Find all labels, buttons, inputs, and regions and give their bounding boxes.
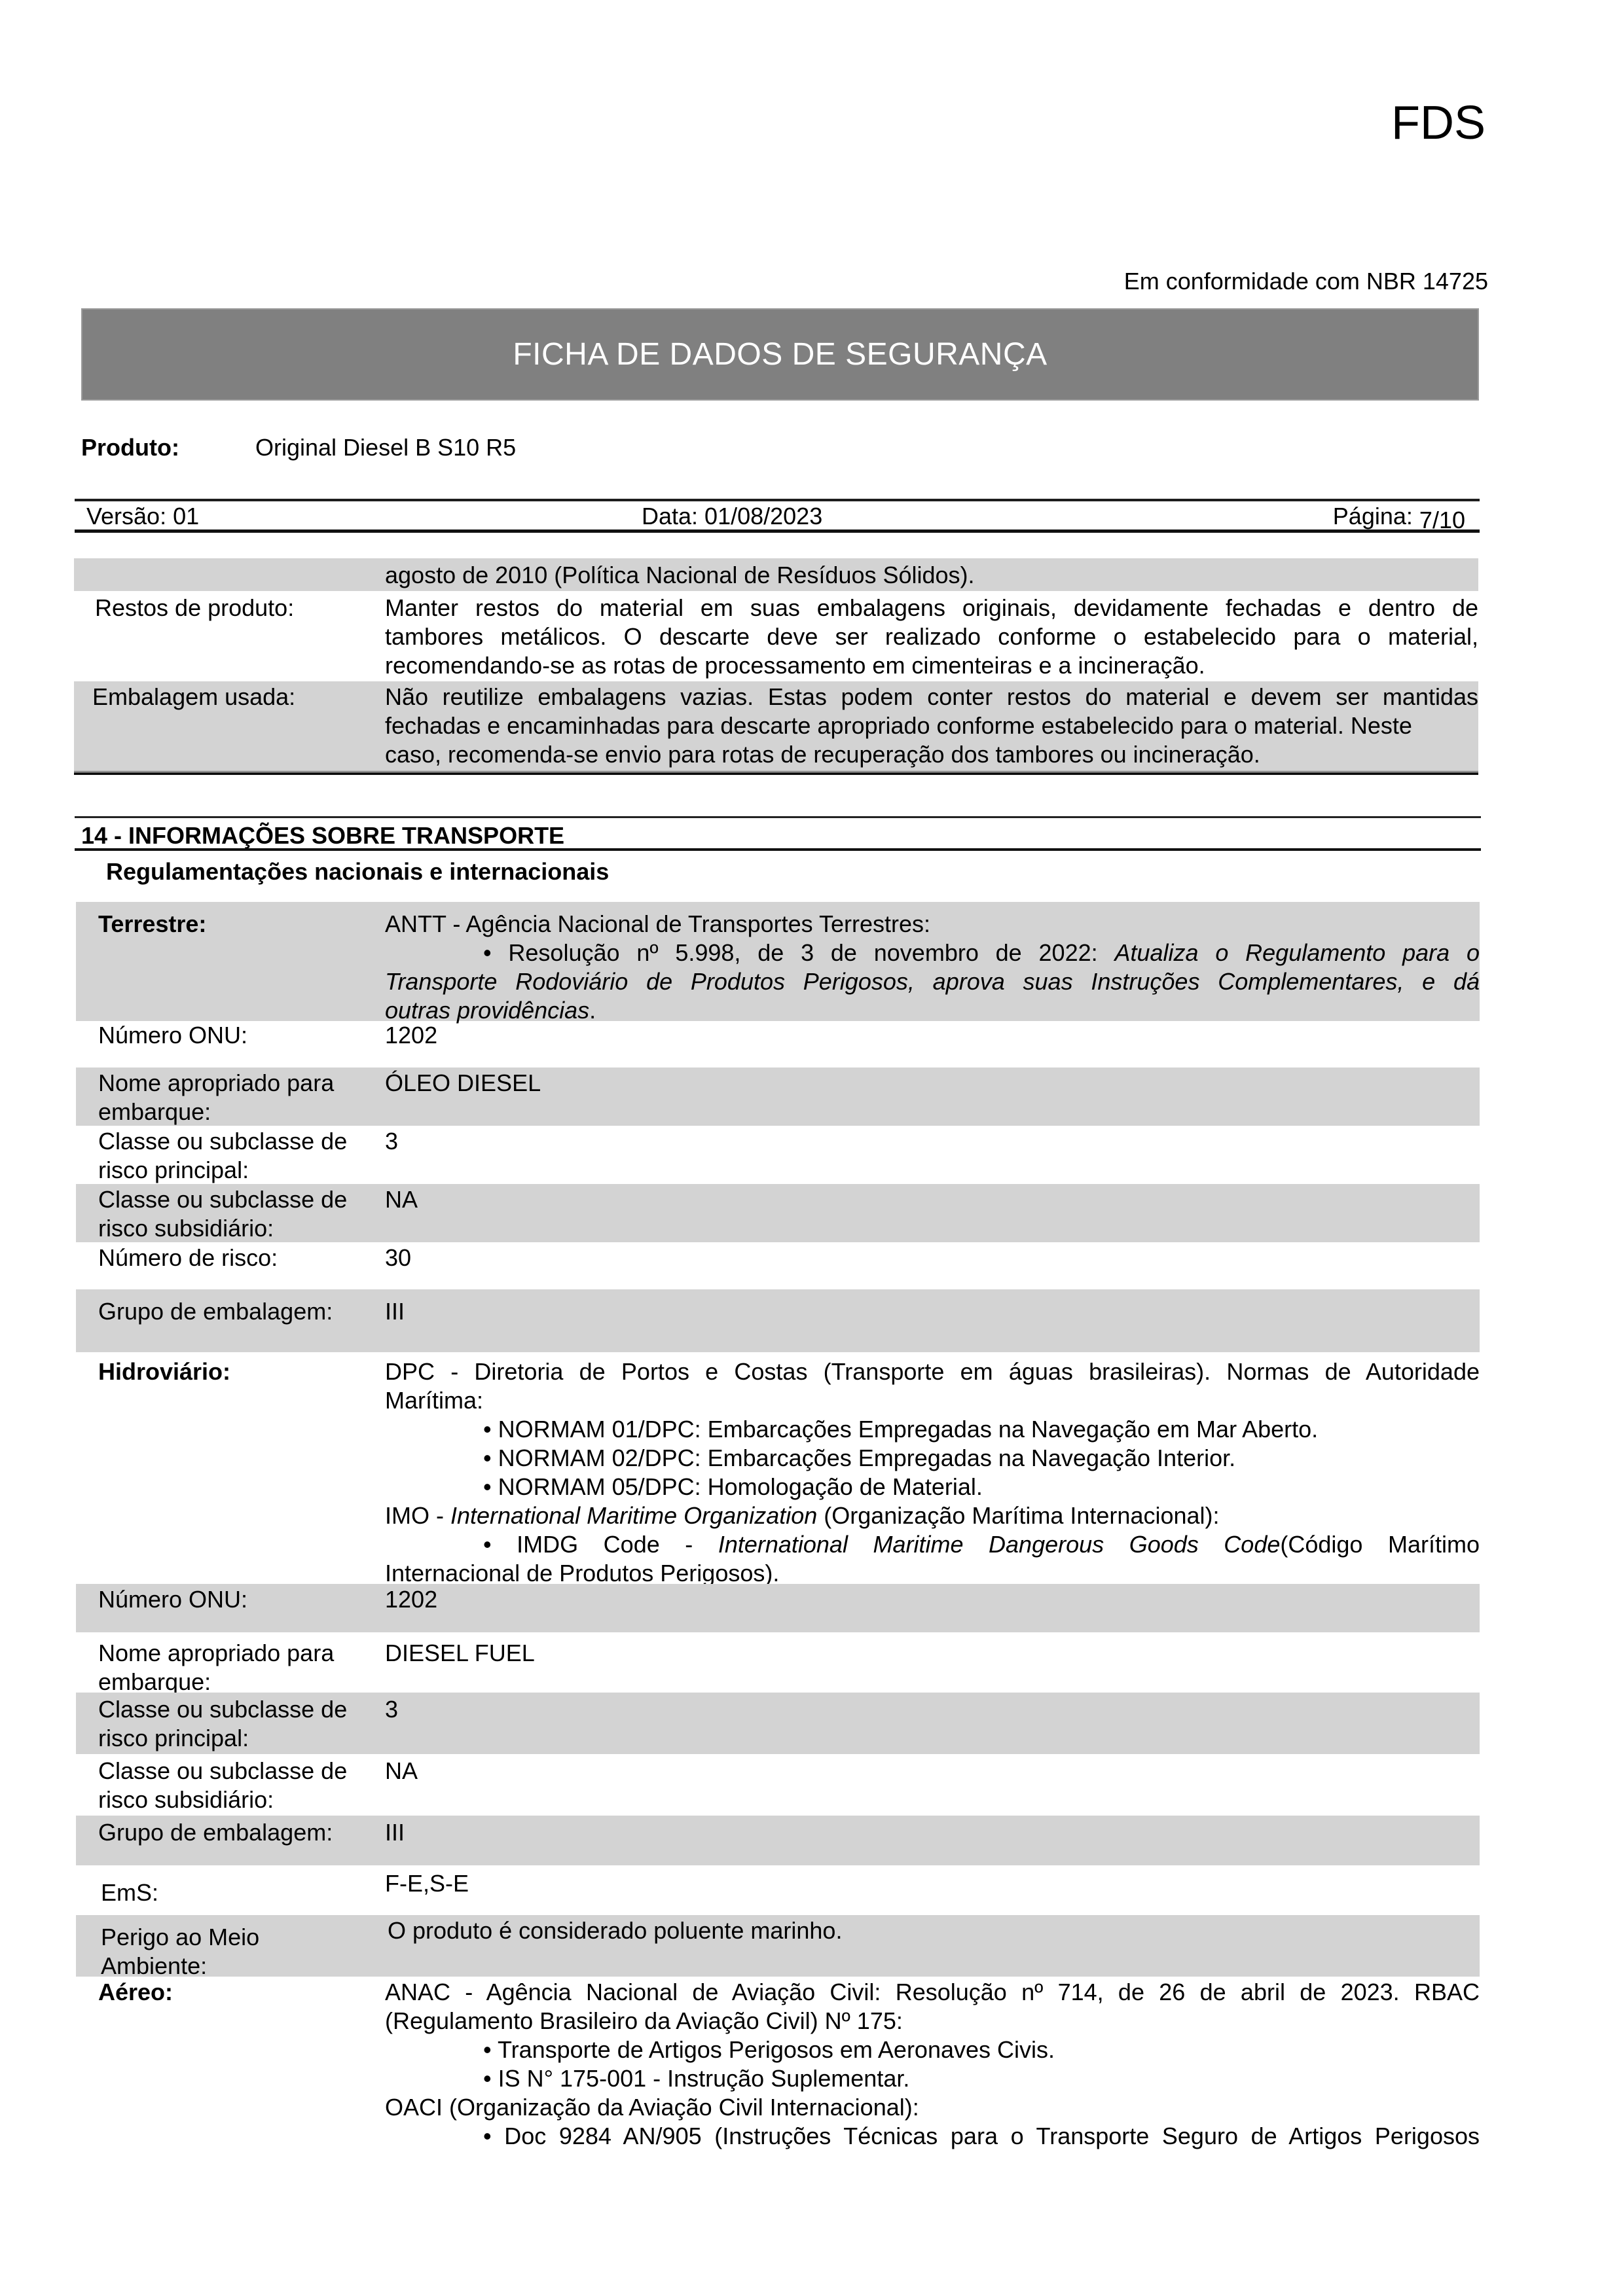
text-line: Transporte Rodoviário de Produtos Perigo… [385, 967, 1480, 996]
row-value: O produto é considerado poluente marinho… [388, 1916, 1480, 1945]
table-row: Número de risco: 30 [76, 1242, 1480, 1289]
table-row: Número ONU: 1202 [76, 1584, 1480, 1632]
row-label: Hidroviário: [98, 1357, 230, 1386]
table-row: Perigo ao Meio Ambiente: O produto é con… [76, 1915, 1480, 1977]
row-label: Número ONU: [98, 1585, 247, 1614]
bullet-line: • IS N° 175-001 - Instrução Suplementar. [385, 2064, 1480, 2093]
row-value: Manter restos do material em suas embala… [385, 594, 1478, 680]
bullet-line: • NORMAM 05/DPC: Homologação de Material… [385, 1473, 1480, 1501]
table-row-terrestre: Terrestre: ANTT - Agência Nacional de Tr… [76, 902, 1480, 1021]
table-row: Classe ou subclasse de risco principal: … [76, 1693, 1480, 1754]
table-row-hidroviario: Hidroviário: DPC - Diretoria de Portos e… [76, 1352, 1480, 1584]
italic-text: International Maritime Dangerous Goods C… [718, 1531, 1281, 1558]
row-value: III [385, 1297, 1480, 1326]
row-label: Grupo de embalagem: [98, 1818, 333, 1847]
text-span: (Código Marítimo [1280, 1531, 1480, 1558]
document-code: FDS [1391, 97, 1486, 149]
conformity-note: Em conformidade com NBR 14725 [1124, 267, 1488, 296]
label-line: Perigo ao Meio [101, 1923, 259, 1952]
text-line: Não reutilize embalagens vazias. Estas p… [385, 683, 1478, 711]
text-line: Manter restos do material em suas embala… [385, 594, 1478, 622]
text-line: IMO - International Maritime Organizatio… [385, 1501, 1480, 1530]
label-line: Classe ou subclasse de [98, 1757, 347, 1785]
text-line: recomendando-se as rotas de processament… [385, 651, 1478, 680]
product-label: Produto: [81, 433, 179, 462]
italic-text: outras providências [385, 997, 589, 1024]
row-label: Classe ou subclasse de risco principal: [98, 1695, 347, 1753]
row-value: agosto de 2010 (Política Nacional de Res… [385, 561, 1478, 590]
row-label: Aéreo: [98, 1978, 173, 2007]
label-line: Classe ou subclasse de [98, 1185, 347, 1214]
label-line: risco subsidiário: [98, 1785, 347, 1814]
bullet-line: • IMDG Code - International Maritime Dan… [385, 1530, 1480, 1559]
table-row: Grupo de embalagem: III [76, 1289, 1480, 1352]
title-banner: FICHA DE DADOS DE SEGURANÇA [81, 308, 1479, 401]
section-rule-bottom [75, 848, 1481, 851]
section-subtitle: Regulamentações nacionais e internaciona… [106, 857, 609, 886]
label-line: Nome apropriado para [98, 1639, 334, 1668]
row-value: 1202 [385, 1585, 1480, 1614]
row-label: Número de risco: [98, 1244, 278, 1272]
row-value: Não reutilize embalagens vazias. Estas p… [385, 683, 1478, 769]
text-line: (Regulamento Brasileiro da Aviação Civil… [385, 2007, 1480, 2036]
row-label: Número ONU: [98, 1021, 247, 1050]
row-label: Grupo de embalagem: [98, 1297, 333, 1326]
row-label: Embalagem usada: [92, 683, 295, 711]
table-row: Nome apropriado para embarque: ÓLEO DIES… [76, 1067, 1480, 1126]
bullet-line: • Resolução nº 5.998, de 3 de novembro d… [385, 939, 1480, 967]
bullet-italic-text: Atualiza o Regulamento para o [1114, 939, 1480, 966]
product-value: Original Diesel B S10 R5 [255, 433, 516, 462]
document-meta-row: Versão: 01 Data: 01/08/2023 Página: 7/10 [75, 499, 1480, 533]
table-bottom-rule [74, 771, 1478, 775]
table-row: Restos de produto: Manter restos do mate… [74, 591, 1478, 681]
text-span: • IMDG Code - [483, 1531, 718, 1558]
text-line: fechadas e encaminhadas para descarte ap… [385, 711, 1478, 740]
bullet-line: • NORMAM 02/DPC: Embarcações Empregadas … [385, 1444, 1480, 1473]
row-label: Terrestre: [98, 910, 206, 939]
table-row: Número ONU: 1202 [76, 1021, 1480, 1067]
bullet-text: • Resolução nº 5.998, de 3 de novembro d… [483, 939, 1114, 966]
row-value: III [385, 1818, 1480, 1847]
banner-title: FICHA DE DADOS DE SEGURANÇA [513, 336, 1047, 372]
row-value: 3 [385, 1695, 1480, 1724]
text-line: Marítima: [385, 1386, 1480, 1415]
row-value: ANAC - Agência Nacional de Aviação Civil… [385, 1978, 1480, 2151]
label-line: risco principal: [98, 1724, 347, 1753]
row-value: NA [385, 1185, 1480, 1214]
text-line: OACI (Organização da Aviação Civil Inter… [385, 2093, 1480, 2122]
label-line: embarque: [98, 1098, 334, 1126]
table-row: Grupo de embalagem: III [76, 1816, 1480, 1865]
row-label: Restos de produto: [95, 594, 294, 622]
page-indicator: Página: 7/10 [1333, 503, 1465, 530]
text-span: IMO - [385, 1502, 450, 1529]
row-label: Classe ou subclasse de risco subsidiário… [98, 1185, 347, 1243]
table-row-aereo: Aéreo: ANAC - Agência Nacional de Aviaçã… [76, 1977, 1480, 2173]
bullet-line: • NORMAM 01/DPC: Embarcações Empregadas … [385, 1415, 1480, 1444]
label-line: Classe ou subclasse de [98, 1127, 347, 1156]
label-line: Nome apropriado para [98, 1069, 334, 1098]
table-row: Classe ou subclasse de risco subsidiário… [76, 1754, 1480, 1816]
bullet-line: • Doc 9284 AN/905 (Instruções Técnicas p… [385, 2122, 1480, 2151]
section-title: 14 - INFORMAÇÕES SOBRE TRANSPORTE [81, 821, 564, 850]
text-line: DPC - Diretoria de Portos e Costas (Tran… [385, 1357, 1480, 1386]
label-line: Classe ou subclasse de [98, 1695, 347, 1724]
table-row: Classe ou subclasse de risco principal: … [76, 1126, 1480, 1184]
transport-table: Terrestre: ANTT - Agência Nacional de Tr… [76, 902, 1480, 2211]
text-line: tambores metálicos. O descarte deve ser … [385, 622, 1478, 651]
label-line: risco principal: [98, 1156, 347, 1185]
row-value: 30 [385, 1244, 1480, 1272]
table-row: agosto de 2010 (Política Nacional de Res… [74, 558, 1478, 591]
table-row: Classe ou subclasse de risco subsidiário… [76, 1184, 1480, 1242]
row-label: EmS: [101, 1878, 158, 1907]
row-label: Nome apropriado para embarque: [98, 1069, 334, 1126]
row-label: Nome apropriado para embarque: [98, 1639, 334, 1696]
row-value: DPC - Diretoria de Portos e Costas (Tran… [385, 1357, 1480, 1588]
row-label: Classe ou subclasse de risco subsidiário… [98, 1757, 347, 1814]
table-row: EmS: F-E,S-E [76, 1865, 1480, 1915]
version-text: Versão: 01 [86, 503, 199, 530]
row-value: ÓLEO DIESEL [385, 1069, 1480, 1098]
text-end: . [589, 997, 596, 1024]
row-value: 3 [385, 1127, 1480, 1156]
page-number: 7/10 [1419, 507, 1465, 533]
row-label: Perigo ao Meio Ambiente: [101, 1923, 259, 1981]
row-value: NA [385, 1757, 1480, 1785]
table-row: Nome apropriado para embarque: DIESEL FU… [76, 1632, 1480, 1693]
text-line: caso, recomenda-se envio para rotas de r… [385, 740, 1478, 769]
row-value: F-E,S-E [385, 1869, 1480, 1898]
disposal-table: agosto de 2010 (Política Nacional de Res… [74, 558, 1478, 774]
row-label: Classe ou subclasse de risco principal: [98, 1127, 347, 1185]
table-row: Embalagem usada: Não reutilize embalagen… [74, 681, 1478, 771]
italic-text: International Maritime Organization [450, 1502, 817, 1529]
text-line: ANAC - Agência Nacional de Aviação Civil… [385, 1978, 1480, 2007]
row-value: ANTT - Agência Nacional de Transportes T… [385, 910, 1480, 1025]
bullet-line: • Transporte de Artigos Perigosos em Aer… [385, 2036, 1480, 2064]
row-value: DIESEL FUEL [385, 1639, 1480, 1668]
row-value: 1202 [385, 1021, 1480, 1050]
text-line: ANTT - Agência Nacional de Transportes T… [385, 910, 1480, 939]
label-line: risco subsidiário: [98, 1214, 347, 1243]
page-label: Página: [1333, 503, 1413, 529]
text-span: (Organização Marítima Internacional): [817, 1502, 1219, 1529]
section-rule-top [75, 816, 1481, 818]
date-text: Data: 01/08/2023 [642, 503, 822, 530]
